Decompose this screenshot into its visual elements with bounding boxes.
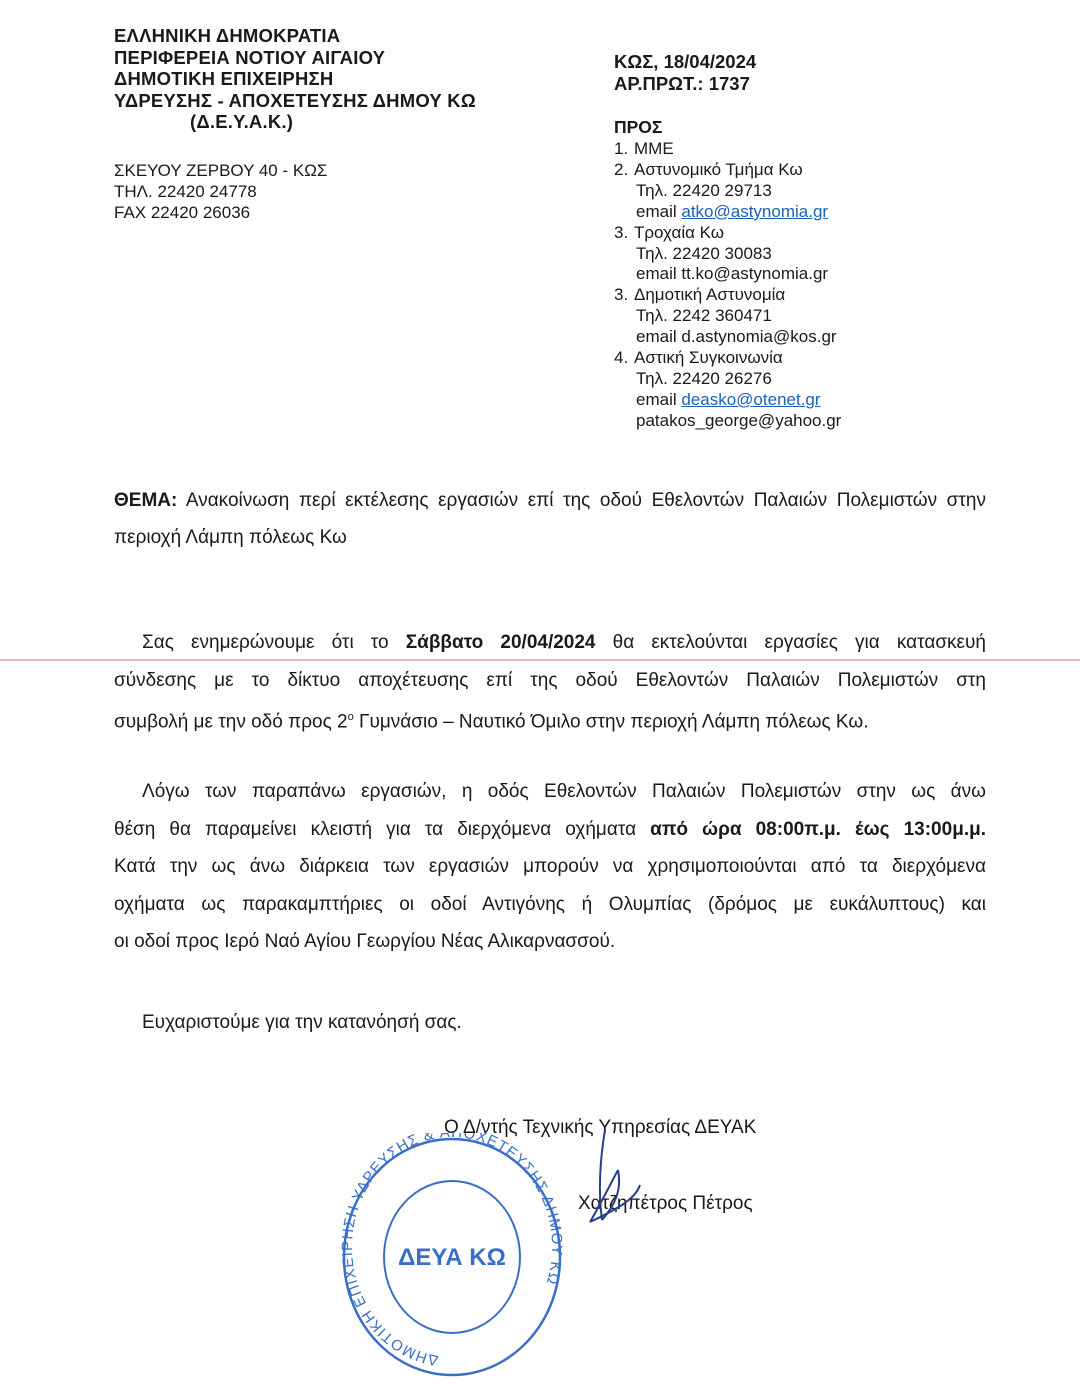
organization-contact: ΣΚΕΥΟΥ ΖΕΡΒΟΥ 40 - ΚΩΣ ΤΗΛ. 22420 24778 …	[114, 160, 327, 223]
org-line: ΥΔΡΕΥΣΗΣ - ΑΠΟΧΕΤΕΥΣΗΣ ΔΗΜΟΥ ΚΩ	[114, 90, 476, 112]
email-link[interactable]: deasko@otenet.gr	[681, 390, 820, 409]
date-reference: ΚΩΣ, 18/04/2024 ΑΡ.ΠΡΩΤ.: 1737	[614, 51, 756, 95]
subject-text: Ανακοίνωση περί εκτέλεσης εργασιών επί τ…	[114, 490, 986, 548]
protocol-number: ΑΡ.ΠΡΩΤ.: 1737	[614, 73, 756, 95]
organization-header: ΕΛΛΗΝΙΚΗ ΔΗΜΟΚΡΑΤΙΑ ΠΕΡΙΦΕΡΕΙΑ ΝΟΤΙΟΥ ΑΙ…	[114, 25, 476, 133]
recipient-email-line: email d.astynomia@kos.gr	[614, 327, 841, 348]
paragraph-3: Ευχαριστούμε για την κατανόησή σας.	[114, 1004, 986, 1042]
phone: ΤΗΛ. 22420 24778	[114, 181, 327, 202]
time-highlight: από ώρα 08:00π.μ. έως 13:00μ.μ.	[650, 819, 986, 840]
page-divider	[0, 659, 1080, 661]
recipient-name: Δημοτική Αστυνομία	[634, 285, 785, 304]
recipient-name: Τροχαία Κω	[634, 223, 724, 242]
recipient-extra-email: patakos_george@yahoo.gr	[614, 411, 841, 432]
place-date: ΚΩΣ, 18/04/2024	[614, 51, 756, 73]
recipient-phone: Τηλ. 22420 26276	[614, 369, 841, 390]
recipient-item: 3.Δημοτική Αστυνομία	[614, 285, 841, 306]
org-line: ΔΗΜΟΤΙΚΗ ΕΠΙΧΕΙΡΗΣΗ	[114, 68, 476, 90]
subject: ΘΕΜΑ: Ανακοίνωση περί εκτέλεσης εργασιών…	[114, 482, 986, 556]
handwritten-signature	[560, 1110, 710, 1260]
stamp-center-text: ΔΕΥΑ ΚΩ	[398, 1244, 506, 1271]
recipient-item: 3.Τροχαία Κω	[614, 223, 841, 244]
recipients-list: 1.ΜΜΕ 2.Αστυνομικό Τμήμα Κω Τηλ. 22420 2…	[614, 139, 841, 432]
recipient-email-line: email tt.ko@astynomia.gr	[614, 264, 841, 285]
recipient-item: 2.Αστυνομικό Τμήμα Κω	[614, 160, 841, 181]
paragraph-1: Σας ενημερώνουμε ότι το Σάββατο 20/04/20…	[114, 624, 986, 741]
paragraph-2: Λόγω των παραπάνω εργασιών, η οδός Εθελο…	[114, 773, 986, 961]
recipients-title: ΠΡΟΣ	[614, 117, 662, 138]
recipient-email-line: email atko@astynomia.gr	[614, 202, 841, 223]
recipient-phone: Τηλ. 22420 29713	[614, 181, 841, 202]
recipient-email-line: email deasko@otenet.gr	[614, 390, 841, 411]
recipient-phone: Τηλ. 22420 30083	[614, 244, 841, 265]
email-text: tt.ko@astynomia.gr	[681, 264, 828, 283]
email-text: d.astynomia@kos.gr	[681, 327, 836, 346]
subject-label: ΘΕΜΑ:	[114, 490, 177, 511]
recipient-phone: Τηλ. 2242 360471	[614, 306, 841, 327]
org-line: ΠΕΡΙΦΕΡΕΙΑ ΝΟΤΙΟΥ ΑΙΓΑΙΟΥ	[114, 47, 476, 69]
recipient-name: ΜΜΕ	[634, 139, 674, 158]
fax: FAX 22420 26036	[114, 202, 327, 223]
official-stamp: ΔΗΜΟΤΙΚΗ ΕΠΙΧΕΙΡΗΣΗ ΥΔΡΕΥΣΗΣ & ΑΠΟΧΕΤΕΥΣ…	[339, 1133, 565, 1383]
recipient-name: Αστική Συγκοινωνία	[634, 348, 783, 367]
org-line: ΕΛΛΗΝΙΚΗ ΔΗΜΟΚΡΑΤΙΑ	[114, 25, 476, 47]
recipient-item: 4.Αστική Συγκοινωνία	[614, 348, 841, 369]
address: ΣΚΕΥΟΥ ΖΕΡΒΟΥ 40 - ΚΩΣ	[114, 160, 327, 181]
email-link[interactable]: atko@astynomia.gr	[681, 202, 828, 221]
org-acronym: (Δ.Ε.Υ.Α.Κ.)	[114, 111, 476, 133]
date-highlight: Σάββατο 20/04/2024	[406, 632, 596, 653]
recipient-name: Αστυνομικό Τμήμα Κω	[634, 160, 803, 179]
recipient-item: 1.ΜΜΕ	[614, 139, 841, 160]
